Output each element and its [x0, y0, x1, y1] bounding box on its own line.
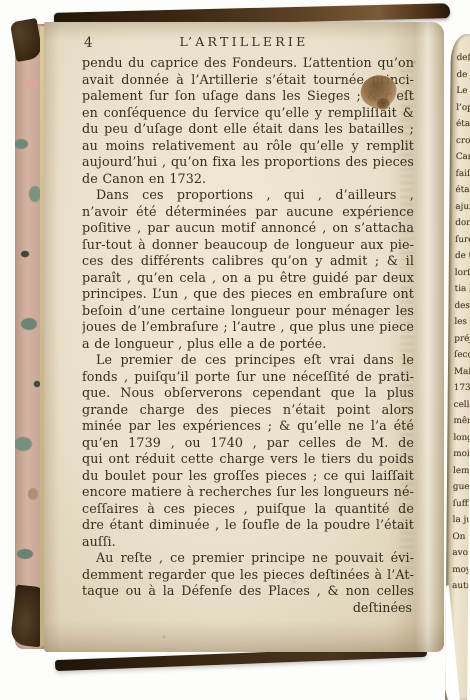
text-line: de Canon en 1732. [82, 171, 414, 188]
next-page-text-fragment: gueur q [453, 479, 470, 496]
text-line: pendu du caprice des Fondeurs. L’attenti… [82, 55, 414, 72]
text-line: n’avoir été déterminées par aucune expér… [82, 204, 414, 221]
text-line: encore matiere à recherches ſur les long… [82, 484, 414, 501]
next-page-text-fragment: moins p [453, 446, 470, 463]
left-page: 4 L’ARTILLERIE pendu du caprice des Fond… [44, 22, 444, 652]
text-line: ceſſaires à ces pieces , puiſque la quan… [82, 501, 414, 518]
next-page-text-fragment: ajuſte [455, 198, 470, 215]
next-page-text: deſtideLel’opinétaitcroyaCanonfaiſaitéta… [452, 50, 470, 595]
text-line: taque ou à la Défenſe des Places , & non… [82, 583, 414, 600]
text-line: joues de l’embraſure ; l’autre , que plu… [82, 319, 414, 336]
next-page-text-fragment: 1732 à [454, 380, 470, 397]
text-line: beſoin d’une certaine longueur pour ména… [82, 303, 414, 320]
text-line: Le premier de ces principes eſt vrai dan… [82, 352, 414, 369]
next-page-text-fragment: lorſqu [455, 264, 470, 281]
next-page-text-fragment: autres [452, 578, 470, 595]
next-page-text-fragment: Le [456, 83, 470, 100]
text-line: ſur-tout à donner beaucoup de longueur a… [82, 237, 414, 254]
next-page-text-fragment: tia lo [455, 281, 470, 298]
text-line: Dans ces proportions , qui , d’ailleurs … [82, 187, 414, 204]
next-page-text-fragment: les leſ [454, 314, 470, 331]
text-line: minée par les expériences ; & qu’elle ne… [82, 418, 414, 435]
next-page-text-fragment: On n’ [452, 528, 470, 545]
next-page-text-fragment: l’opin [456, 99, 470, 116]
text-line: ces des différents calibres qu’on y admi… [82, 253, 414, 270]
next-page-text-fragment: moyen d [452, 561, 470, 578]
ink-stain-dot [377, 98, 390, 110]
text-line: du peu d’uſage dont elle était dans les … [82, 121, 414, 138]
next-page-text-fragment: faiſait [456, 165, 470, 182]
next-page-text-fragment: deſti [457, 50, 470, 67]
next-page-text-fragment: celle de [454, 396, 470, 413]
text-line: au moins relativement au rôle qu’elle y … [82, 138, 414, 155]
text-line: grande charge des pieces n’était point a… [82, 402, 414, 419]
text-line: du boulet pour les groſſes pieces ; ce q… [82, 468, 414, 485]
next-page-text-fragment: était [456, 116, 470, 133]
next-page-text-fragment: longueu [453, 429, 470, 446]
next-page-text-fragment: avoir de [452, 545, 470, 562]
next-page-text-fragment: la juſteſſ [453, 512, 470, 529]
next-page-text-fragment: Canon [456, 149, 470, 166]
text-line: en conſéquence du ſervice qu’elle y remp… [82, 105, 414, 122]
running-title: L’ARTILLERIE [44, 34, 444, 49]
book-photo: 4 L’ARTILLERIE pendu du caprice des Fond… [0, 0, 470, 700]
next-page-text-fragment: Mais [454, 363, 470, 380]
next-page-text-fragment: préjugé [454, 330, 470, 347]
text-line: principes. L’un , que des pieces en embr… [82, 286, 414, 303]
next-page-text-fragment: dont [455, 215, 470, 232]
text-line: aujourd’hui , qu’on fixa les proportions… [82, 154, 414, 171]
show-through-strip [400, 70, 413, 580]
text-line: a de longueur , plus elle a de portée. [82, 336, 414, 353]
next-page-text-fragment: établi [455, 182, 470, 199]
text-line: demment regarder que les pieces deſtinée… [82, 567, 414, 584]
text-line: qui ont réduit cette charge vers le tier… [82, 451, 414, 468]
text-line: Au reſte , ce premier principe ne pouvai… [82, 550, 414, 567]
next-page-text-fragment: ſurés [455, 231, 470, 248]
next-page-text-fragment: des per [454, 297, 470, 314]
next-page-text-fragment: lement l [453, 462, 470, 479]
next-page-text-fragment: croya [456, 132, 470, 149]
next-page-text-fragment: de tro [455, 248, 470, 265]
text-line: paraît , qu’en cela , on a pu être guidé… [82, 270, 414, 287]
text-line: auſſi. [82, 534, 414, 551]
next-page-text-fragment: ſecours [454, 347, 470, 364]
text-line: fonds , puiſqu’il porte ſur une néceſſit… [82, 369, 414, 386]
text-line: dre étant diminuée , le ſoufle de la pou… [82, 517, 414, 534]
next-page-edge: deſtideLel’opinétaitcroyaCanonfaiſaitéta… [445, 34, 470, 700]
text-line: que. Nous obſerverons cependant que la p… [82, 385, 414, 402]
catchword: deſtinées [82, 600, 414, 617]
next-page-text-fragment: même q [453, 413, 470, 430]
body-text: pendu du caprice des Fondeurs. L’attenti… [82, 55, 414, 600]
text-line: poſitive , par aucun motif annoncé , on … [82, 220, 414, 237]
text-line: qu’en 1739 , ou 1740 , par celles de M. … [82, 435, 414, 452]
next-page-text-fragment: de [456, 66, 470, 83]
next-page-text-fragment: ſuffi à l’ [453, 495, 470, 512]
